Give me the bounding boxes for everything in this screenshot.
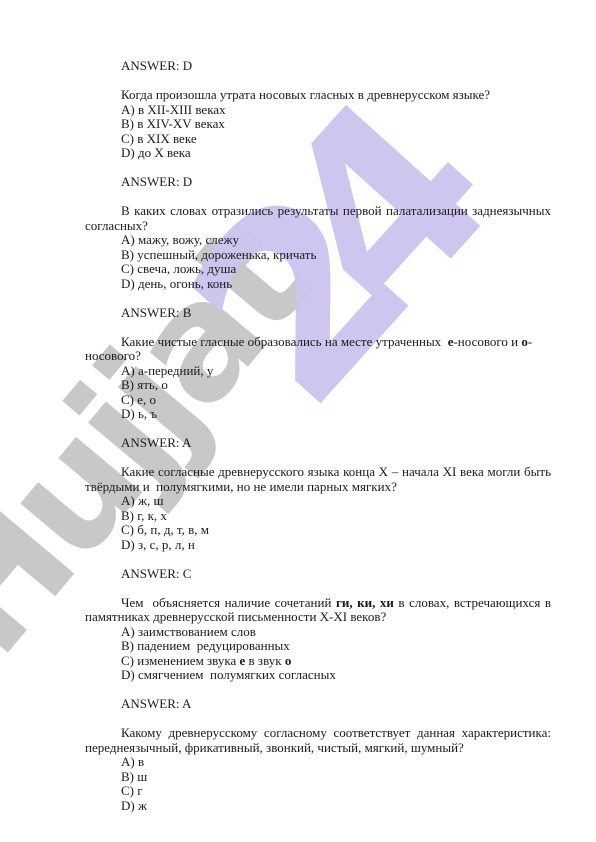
option: D) ь, ъ	[121, 407, 551, 422]
option: C) изменением звука е в звук о	[121, 654, 551, 669]
text-segment: в звук	[245, 653, 285, 668]
question-text: В каких словах отразились результаты пер…	[85, 204, 551, 219]
option: A) а-передний, у	[121, 364, 551, 379]
answer-line: ANSWER: A	[121, 436, 551, 451]
text-segment: ги, ки, хи	[336, 595, 394, 610]
text-segment: C) изменением звука	[121, 653, 240, 668]
text-segment: D) з, с, р, л, н	[121, 537, 195, 552]
question-block: Когда произошла утрата носовых гласных в…	[85, 88, 551, 190]
question-text: твёрдыми и полумягкими, но не имели парн…	[85, 480, 551, 495]
quiz-content: ANSWER: D Когда произошла утрата носовых…	[85, 59, 551, 813]
text-segment: D) день, огонь, конь	[121, 276, 232, 291]
option: D) день, огонь, конь	[121, 277, 551, 292]
text-segment: В каких словах отразились результаты пер…	[121, 203, 551, 218]
answer-line: ANSWER: D	[121, 175, 551, 190]
option: B) ять, о	[121, 378, 551, 393]
option: B) в XIV-XV веках	[121, 117, 551, 132]
text-segment: A) в	[121, 754, 144, 769]
question-text: Когда произошла утрата носовых гласных в…	[85, 88, 551, 103]
answer-line: ANSWER: C	[121, 567, 551, 582]
option: D) з, с, р, л, н	[121, 538, 551, 553]
option: B) ш	[121, 770, 551, 785]
option: A) мажу, вожу, слежу	[121, 233, 551, 248]
question-block: Какие чистые гласные образовались на мес…	[85, 335, 551, 451]
text-segment: A) ж, ш	[121, 493, 163, 508]
text-segment: D) ь, ъ	[121, 406, 157, 421]
text-segment: B) успешный, дороженька, кричать	[121, 247, 316, 262]
text-segment: -носового и	[453, 334, 521, 349]
option: C) е, о	[121, 393, 551, 408]
answer-line: ANSWER: D	[121, 59, 551, 74]
option: C) б, п, д, т, в, м	[121, 523, 551, 538]
text-segment: D) ж	[121, 798, 147, 813]
option: A) ж, ш	[121, 494, 551, 509]
question-block: Чем объясняется наличие сочетаний ги, ки…	[85, 596, 551, 712]
text-segment: C) г	[121, 783, 143, 798]
text-segment: A) заимствованием слов	[121, 624, 256, 639]
question-block: В каких словах отразились результаты пер…	[85, 204, 551, 320]
text-segment: C) б, п, д, т, в, м	[121, 522, 209, 537]
text-segment: C) свеча, ложь, душа	[121, 261, 236, 276]
option: B) падением редуцированных	[121, 639, 551, 654]
option: C) в XIX веке	[121, 132, 551, 147]
text-segment: согласных?	[85, 218, 148, 233]
option: A) в XII-XIII веках	[121, 103, 551, 118]
text-segment: D) до X века	[121, 145, 191, 160]
text-segment: о	[285, 653, 292, 668]
question-text: Какому древнерусскому согласному соответ…	[85, 726, 551, 741]
text-segment: A) в XII-XIII веках	[121, 102, 226, 117]
text-segment: в словах, встречающихся в	[394, 595, 551, 610]
text-segment: A) мажу, вожу, слежу	[121, 232, 239, 247]
text-segment: B) ш	[121, 769, 147, 784]
question-text: Какие согласные древнерусского языка кон…	[85, 465, 551, 480]
text-segment: C) е, о	[121, 392, 156, 407]
text-segment: памятниках древнерусской письменности X-…	[85, 609, 386, 624]
question-text: Какие чистые гласные образовались на мес…	[85, 335, 551, 364]
text-segment: Когда произошла утрата носовых гласных в…	[121, 87, 490, 102]
question-block: Какие согласные древнерусского языка кон…	[85, 465, 551, 581]
option: B) успешный, дороженька, кричать	[121, 248, 551, 263]
text-segment: D) смягчением полумягких согласных	[121, 667, 336, 682]
option: B) г, к, х	[121, 509, 551, 524]
question-text: памятниках древнерусской письменности X-…	[85, 610, 551, 625]
question-text: согласных?	[85, 219, 551, 234]
answer-line: ANSWER: B	[121, 306, 551, 321]
text-segment: Какие согласные древнерусского языка кон…	[121, 464, 551, 479]
text-segment: B) г, к, х	[121, 508, 167, 523]
option: A) в	[121, 755, 551, 770]
text-segment: Какие чистые гласные образовались на мес…	[121, 334, 448, 349]
text-segment: переднеязычный, фрикативный, звонкий, чи…	[85, 740, 464, 755]
answer-line: ANSWER: A	[121, 697, 551, 712]
text-segment: B) падением редуцированных	[121, 638, 290, 653]
text-segment: твёрдыми и полумягкими, но не имели парн…	[85, 479, 397, 494]
question-block: Какому древнерусскому согласному соответ…	[85, 726, 551, 813]
text-segment: B) в XIV-XV веках	[121, 116, 225, 131]
option: C) г	[121, 784, 551, 799]
question-text: Чем объясняется наличие сочетаний ги, ки…	[85, 596, 551, 611]
question-text: переднеязычный, фрикативный, звонкий, чи…	[85, 741, 551, 756]
text-segment: A) а-передний, у	[121, 363, 213, 378]
option: A) заимствованием слов	[121, 625, 551, 640]
option: D) ж	[121, 799, 551, 814]
option: C) свеча, ложь, душа	[121, 262, 551, 277]
text-segment: Чем объясняется наличие сочетаний	[121, 595, 336, 610]
option: D) смягчением полумягких согласных	[121, 668, 551, 683]
text-segment: C) в XIX веке	[121, 131, 197, 146]
text-segment: Какому древнерусскому согласному соответ…	[121, 725, 551, 740]
document-page: Hujjat 24 ANSWER: D Когда произошла утра…	[0, 0, 596, 842]
option: D) до X века	[121, 146, 551, 161]
text-segment: B) ять, о	[121, 377, 168, 392]
